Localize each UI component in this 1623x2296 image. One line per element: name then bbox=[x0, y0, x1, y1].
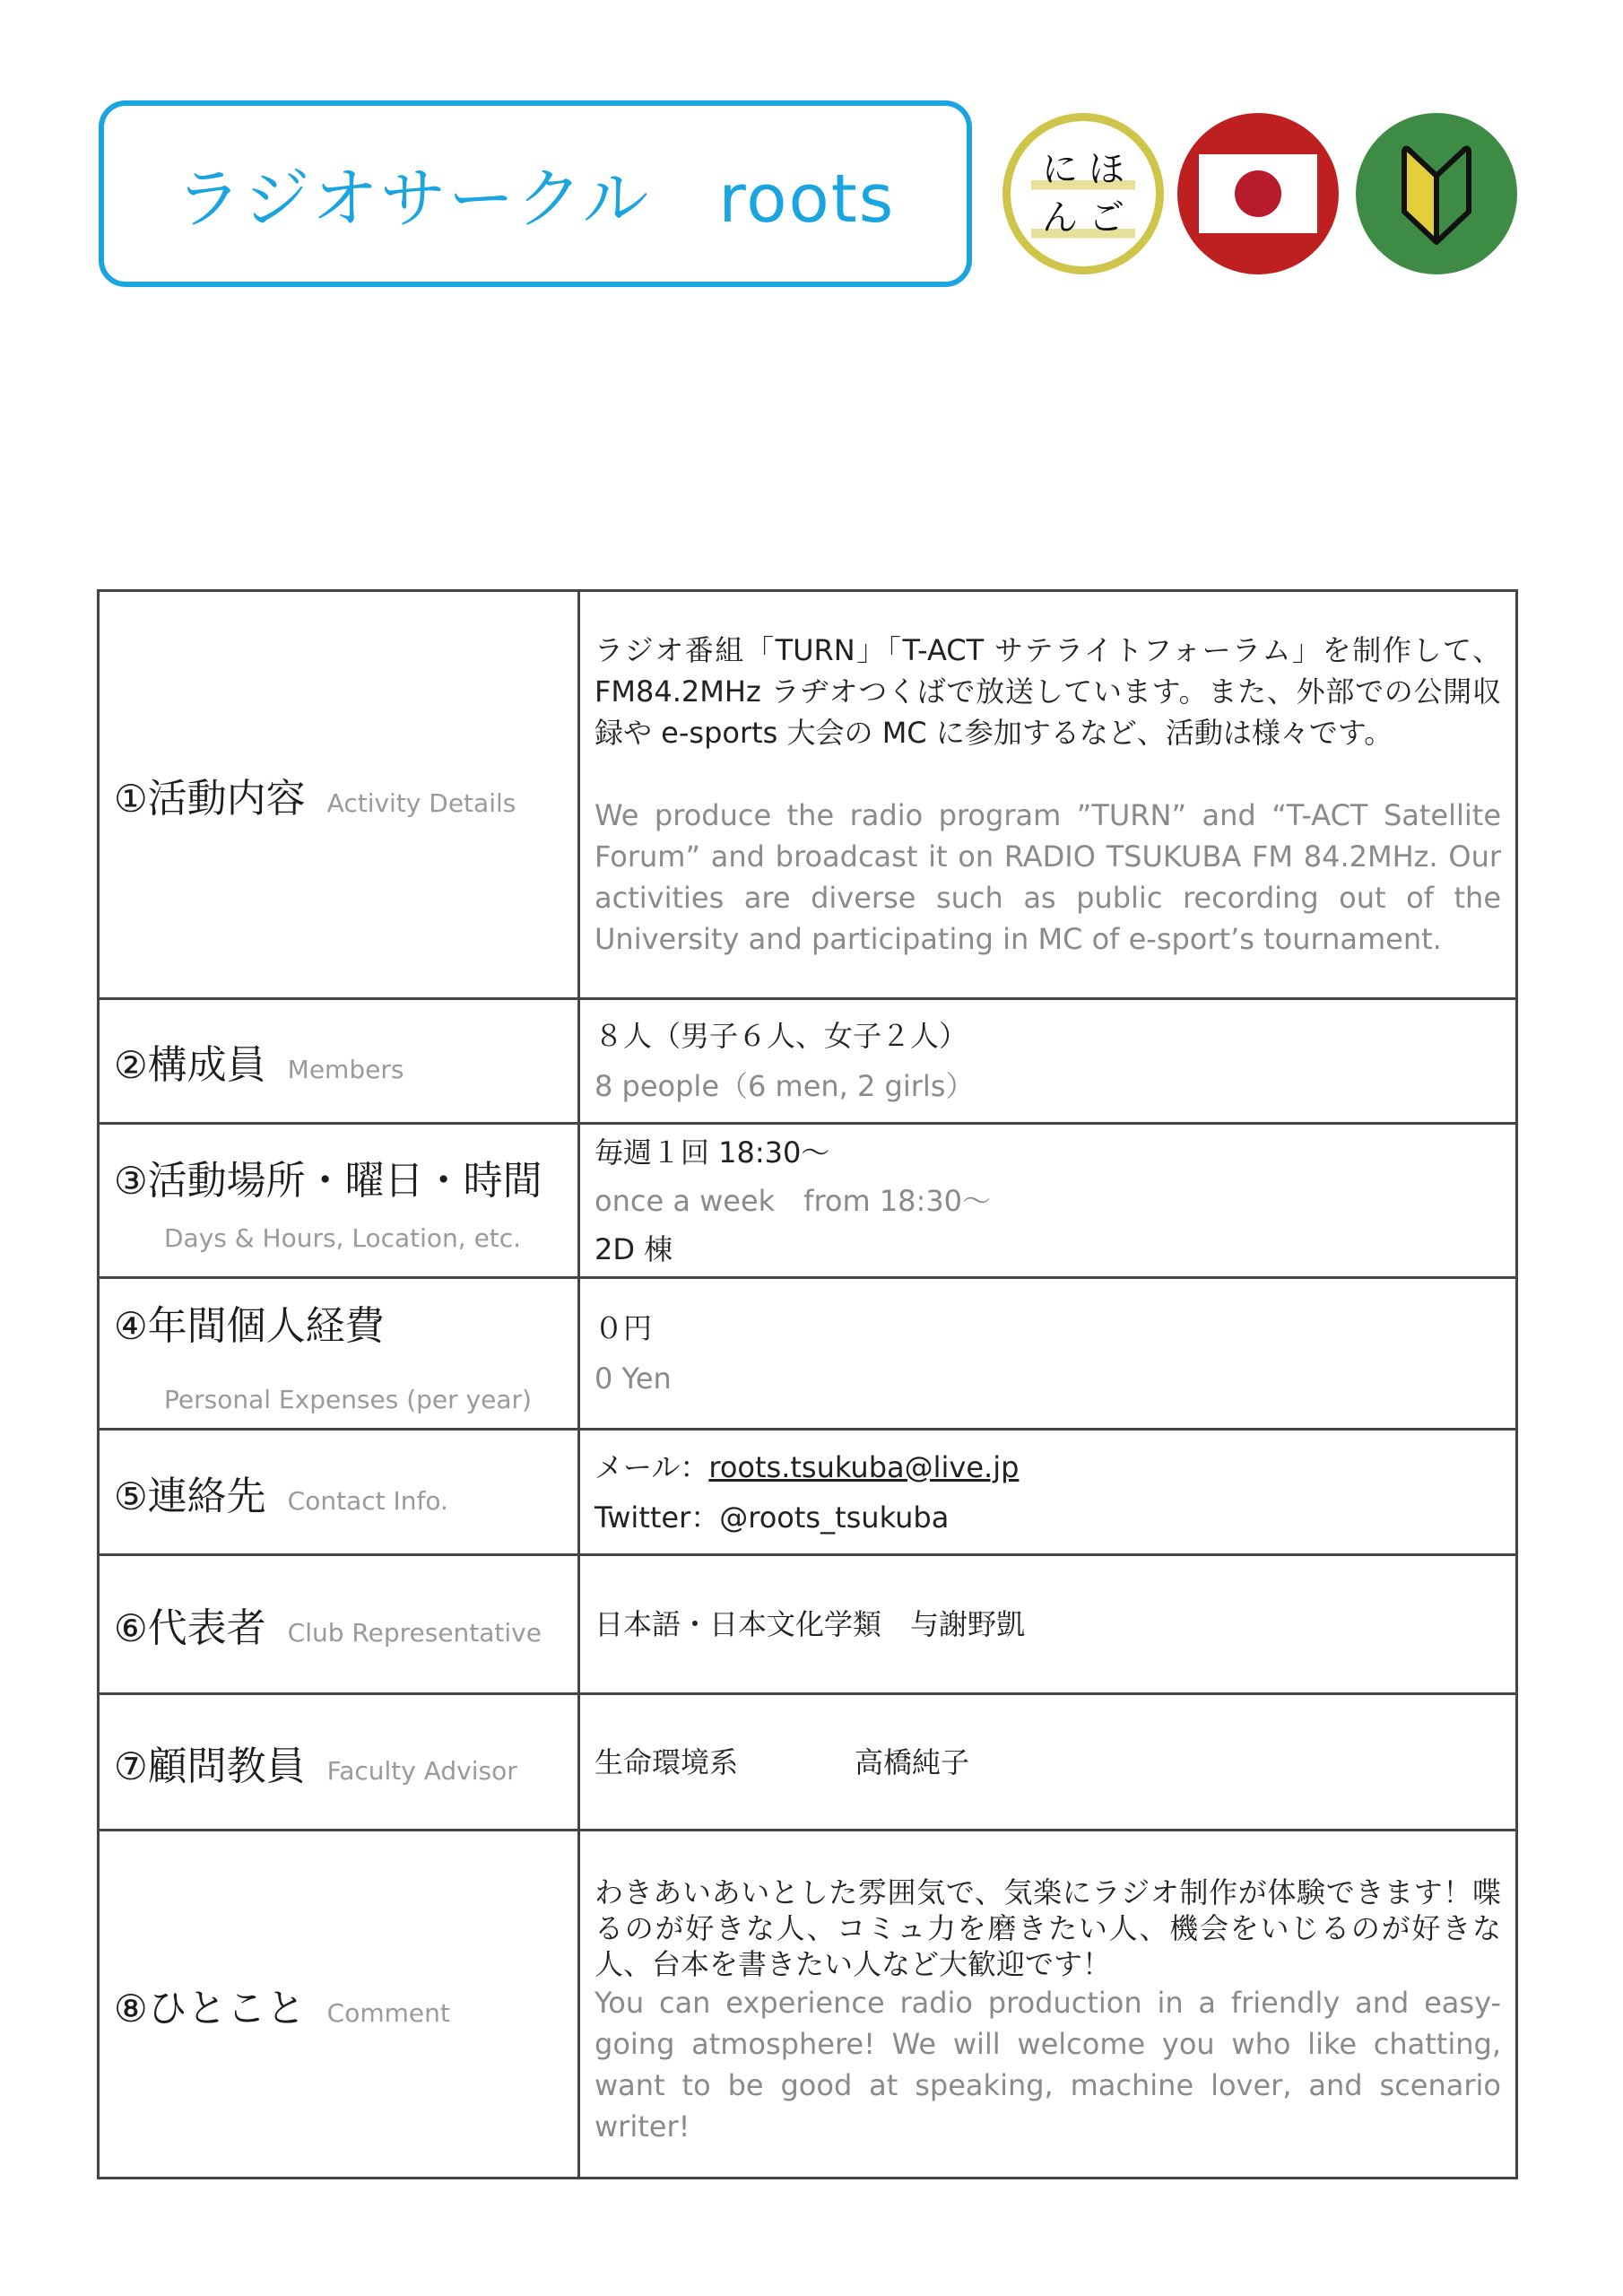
row-label: 活動場所・曜日・時間 bbox=[148, 1158, 542, 1204]
members-ja: ８人（男子６人、女子２人） bbox=[595, 1011, 1501, 1061]
row-label-en: Club Representative bbox=[288, 1618, 542, 1648]
table-row-members: ②構成員 Members ８人（男子６人、女子２人） 8 people（6 me… bbox=[99, 999, 1517, 1124]
value-cell: 毎週１回 18:30～ once a week from 18:30～ 2D 棟 bbox=[579, 1124, 1517, 1278]
row-label: 代表者 bbox=[148, 1605, 266, 1651]
table-row-activity: ①活動内容 Activity Details ラジオ番組「TURN」「T-ACT… bbox=[99, 591, 1517, 999]
row-label-en: Days & Hours, Location, etc. bbox=[164, 1223, 577, 1253]
contact-twitter: Twitter：@roots_tsukuba bbox=[595, 1492, 1501, 1543]
value-cell: メール：roots.tsukuba@live.jp Twitter：@roots… bbox=[579, 1430, 1517, 1555]
mail-label: メール： bbox=[595, 1450, 708, 1484]
comment-ja: わきあいあいとした雰囲気で、気楽にラジオ制作が体験できます！喋るのが好きな人、コ… bbox=[595, 1874, 1501, 1982]
nihongo-badge-line-1: にほ bbox=[1031, 145, 1135, 194]
schedule-ja: 毎週１回 18:30～ bbox=[595, 1128, 1501, 1177]
table-row-schedule: ③活動場所・曜日・時間 Days & Hours, Location, etc.… bbox=[99, 1124, 1517, 1278]
row-label-en: Comment bbox=[327, 1998, 450, 2028]
beginner-mark-icon bbox=[1356, 113, 1517, 274]
row-label-en: Members bbox=[288, 1055, 404, 1084]
label-cell: ⑧ひとこと Comment bbox=[99, 1831, 579, 2179]
value-cell: ８人（男子６人、女子２人） 8 people（6 men, 2 girls） bbox=[579, 999, 1517, 1124]
row-label: 構成員 bbox=[148, 1042, 266, 1088]
comment-en: You can experience radio production in a… bbox=[595, 1982, 1501, 2147]
label-cell: ④年間個人経費 Personal Expenses (per year) bbox=[99, 1278, 579, 1430]
wakaba-mark-icon bbox=[1399, 140, 1474, 248]
row-label: 連絡先 bbox=[148, 1474, 266, 1519]
row-label-en: Faculty Advisor bbox=[327, 1756, 517, 1786]
label-cell: ⑦顧問教員 Faculty Advisor bbox=[99, 1694, 579, 1831]
expenses-ja: ０円 bbox=[595, 1303, 1501, 1353]
row-number: ⑤ bbox=[114, 1474, 148, 1518]
club-title: ラジオサークル roots bbox=[176, 146, 896, 241]
table-row-comment: ⑧ひとこと Comment わきあいあいとした雰囲気で、気楽にラジオ制作が体験で… bbox=[99, 1831, 1517, 2179]
row-number: ⑦ bbox=[114, 1744, 148, 1788]
club-title-box: ラジオサークル roots bbox=[99, 100, 972, 287]
row-label-en: Contact Info. bbox=[288, 1486, 448, 1516]
row-number: ⑧ bbox=[114, 1987, 148, 2031]
row-label: 活動内容 bbox=[148, 776, 306, 822]
contact-mail-line: メール：roots.tsukuba@live.jp bbox=[595, 1442, 1501, 1492]
value-cell: 日本語・日本文化学類 与謝野凱 bbox=[579, 1555, 1517, 1694]
expenses-en: 0 Yen bbox=[595, 1353, 1501, 1404]
row-label: 年間個人経費 bbox=[148, 1303, 385, 1349]
row-label-en: Activity Details bbox=[327, 788, 516, 818]
club-info-table: ①活動内容 Activity Details ラジオ番組「TURN」「T-ACT… bbox=[97, 589, 1518, 2179]
label-cell: ⑤連絡先 Contact Info. bbox=[99, 1430, 579, 1555]
label-cell: ⑥代表者 Club Representative bbox=[99, 1555, 579, 1694]
flag-sun-disc bbox=[1235, 170, 1281, 217]
flag-field bbox=[1199, 154, 1317, 233]
schedule-en: once a week from 18:30～ bbox=[595, 1177, 1501, 1225]
row-number: ② bbox=[114, 1043, 148, 1087]
value-cell: ０円 0 Yen bbox=[579, 1278, 1517, 1430]
row-label: 顧問教員 bbox=[148, 1744, 306, 1789]
row-label-en: Personal Expenses (per year) bbox=[164, 1385, 577, 1414]
location-ja: 2D 棟 bbox=[595, 1225, 1501, 1274]
table-row-expenses: ④年間個人経費 Personal Expenses (per year) ０円 … bbox=[99, 1278, 1517, 1430]
label-cell: ③活動場所・曜日・時間 Days & Hours, Location, etc. bbox=[99, 1124, 579, 1278]
table-row-representative: ⑥代表者 Club Representative 日本語・日本文化学類 与謝野凱 bbox=[99, 1555, 1517, 1694]
table-row-advisor: ⑦顧問教員 Faculty Advisor 生命環境系高橋純子 bbox=[99, 1694, 1517, 1831]
nihongo-badge-line-2: んご bbox=[1031, 194, 1135, 242]
japan-flag-icon bbox=[1177, 113, 1339, 274]
row-label: ひとこと bbox=[148, 1986, 306, 2031]
row-number: ④ bbox=[114, 1304, 148, 1348]
activity-text-en: We produce the radio program ”TURN” and … bbox=[595, 795, 1501, 960]
members-en: 8 people（6 men, 2 girls） bbox=[595, 1061, 1501, 1111]
advisor-line: 生命環境系高橋純子 bbox=[595, 1742, 1501, 1783]
representative-text: 日本語・日本文化学類 与謝野凱 bbox=[595, 1604, 1501, 1645]
table-row-contact: ⑤連絡先 Contact Info. メール：roots.tsukuba@liv… bbox=[99, 1430, 1517, 1555]
label-cell: ②構成員 Members bbox=[99, 999, 579, 1124]
email-link[interactable]: roots.tsukuba@live.jp bbox=[708, 1450, 1019, 1484]
row-number: ③ bbox=[114, 1159, 148, 1203]
value-cell: ラジオ番組「TURN」「T-ACT サテライトフォーラム」を制作して、FM84.… bbox=[579, 591, 1517, 999]
label-cell: ①活動内容 Activity Details bbox=[99, 591, 579, 999]
advisor-name: 高橋純子 bbox=[855, 1745, 969, 1779]
row-number: ① bbox=[114, 777, 148, 821]
activity-text-ja: ラジオ番組「TURN」「T-ACT サテライトフォーラム」を制作して、FM84.… bbox=[595, 630, 1501, 753]
row-number: ⑥ bbox=[114, 1606, 148, 1650]
nihongo-badge-icon: にほ んご bbox=[1002, 113, 1164, 274]
value-cell: 生命環境系高橋純子 bbox=[579, 1694, 1517, 1831]
value-cell: わきあいあいとした雰囲気で、気楽にラジオ制作が体験できます！喋るのが好きな人、コ… bbox=[579, 1831, 1517, 2179]
advisor-department: 生命環境系 bbox=[595, 1742, 855, 1783]
